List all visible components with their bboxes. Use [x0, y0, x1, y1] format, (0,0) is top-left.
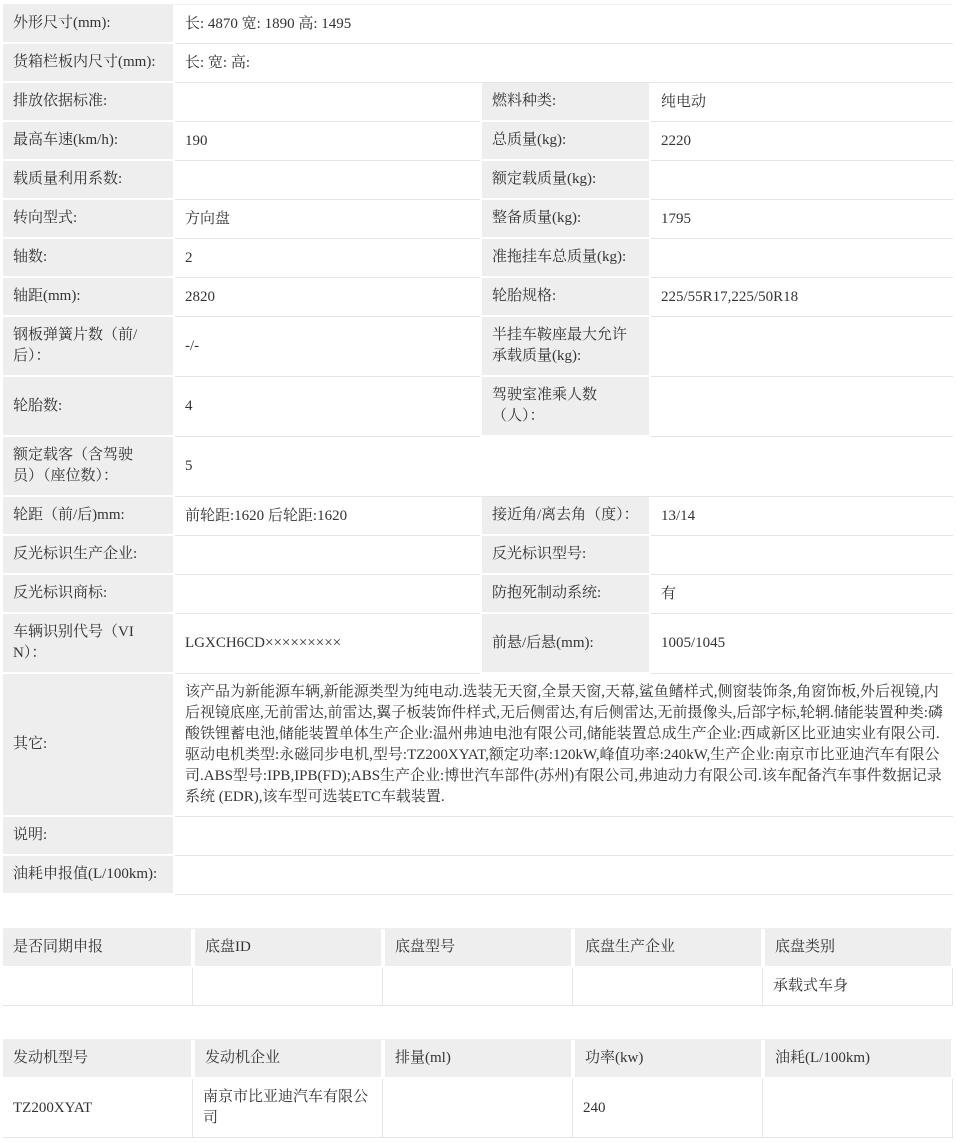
- table-cell: [383, 1079, 573, 1138]
- field-value: 4: [175, 377, 480, 437]
- table-cell: 南京市比亚迪汽车有限公司: [193, 1079, 383, 1138]
- field-value: 有: [651, 575, 953, 614]
- field-label: 轮距（前/后)mm:: [3, 497, 175, 536]
- column-header: 发动机型号: [3, 1040, 193, 1079]
- column-header: 底盘生产企业: [573, 929, 763, 968]
- field-label: 轴数:: [3, 239, 175, 278]
- spec-row: 额定载客（含驾驶员）（座位数）： 5: [3, 437, 953, 497]
- field-value: 2820: [175, 278, 480, 317]
- field-label: 半挂车鞍座最大允许承载质量(kg):: [480, 317, 651, 377]
- field-label: 其它:: [3, 674, 175, 817]
- engine-data-row: TZ200XYAT 南京市比亚迪汽车有限公司 240: [3, 1079, 953, 1138]
- field-value: [175, 575, 480, 614]
- field-value: 2220: [651, 122, 953, 161]
- field-value: 5: [175, 437, 953, 497]
- spec-row: 转向型式: 方向盘 整备质量(kg): 1795: [3, 200, 953, 239]
- spec-row: 排放依据标准: 燃料种类: 纯电动: [3, 83, 953, 122]
- field-label: 车辆识别代号（VIN）：: [3, 614, 175, 674]
- field-value: [175, 536, 480, 575]
- spec-row: 最高车速(km/h): 190 总质量(kg): 2220: [3, 122, 953, 161]
- column-header: 底盘类别: [763, 929, 953, 968]
- spec-row: 反光标识生产企业: 反光标识型号:: [3, 536, 953, 575]
- field-value: [651, 317, 953, 377]
- field-label: 额定载质量(kg):: [480, 161, 651, 200]
- table-cell: [383, 968, 573, 1006]
- field-label: 反光标识生产企业:: [3, 536, 175, 575]
- field-value: 长: 宽: 高:: [175, 44, 953, 83]
- field-value: [651, 239, 953, 278]
- field-value: [175, 161, 480, 200]
- field-value: 前轮距:1620 后轮距:1620: [175, 497, 480, 536]
- spec-row: 油耗申报值(L/100km):: [3, 856, 953, 895]
- vehicle-spec-table: 外形尺寸(mm): 长: 4870 宽: 1890 高: 1495 货箱栏板内尺…: [3, 4, 953, 895]
- field-value: 纯电动: [651, 83, 953, 122]
- field-label: 说明:: [3, 817, 175, 856]
- field-label: 燃料种类:: [480, 83, 651, 122]
- spec-row: 反光标识商标: 防抱死制动系统: 有: [3, 575, 953, 614]
- spec-row: 载质量利用系数: 额定载质量(kg):: [3, 161, 953, 200]
- field-label: 防抱死制动系统:: [480, 575, 651, 614]
- field-value: [651, 161, 953, 200]
- field-label: 额定载客（含驾驶员）（座位数）：: [3, 437, 175, 497]
- field-label: 轴距(mm):: [3, 278, 175, 317]
- spec-row: 说明:: [3, 817, 953, 856]
- table-cell: 承载式车身: [763, 968, 953, 1006]
- chassis-header-row: 是否同期申报 底盘ID 底盘型号 底盘生产企业 底盘类别: [3, 929, 953, 968]
- column-header: 发动机企业: [193, 1040, 383, 1079]
- field-label: 钢板弹簧片数（前/后）：: [3, 317, 175, 377]
- field-label: 前悬/后悬(mm):: [480, 614, 651, 674]
- table-cell: 240: [573, 1079, 763, 1138]
- field-label: 轮胎数:: [3, 377, 175, 437]
- field-value: [175, 83, 480, 122]
- field-label: 驾驶室准乘人数（人）：: [480, 377, 651, 437]
- column-header: 油耗(L/100km): [763, 1040, 953, 1079]
- field-label: 总质量(kg):: [480, 122, 651, 161]
- spec-row: 外形尺寸(mm): 长: 4870 宽: 1890 高: 1495: [3, 5, 953, 44]
- spec-row-other: 其它: 该产品为新能源车辆,新能源类型为纯电动.选装无天窗,全景天窗,天幕,鲨鱼…: [3, 674, 953, 817]
- spec-row: 轴数: 2 准拖挂车总质量(kg):: [3, 239, 953, 278]
- spec-row: 货箱栏板内尺寸(mm): 长: 宽: 高:: [3, 44, 953, 83]
- column-header: 功率(kw): [573, 1040, 763, 1079]
- field-value: [175, 817, 953, 856]
- field-label: 整备质量(kg):: [480, 200, 651, 239]
- spec-row: 轴距(mm): 2820 轮胎规格: 225/55R17,225/50R18: [3, 278, 953, 317]
- spec-row: 轮距（前/后)mm: 前轮距:1620 后轮距:1620 接近角/离去角（度）：…: [3, 497, 953, 536]
- field-value: [651, 377, 953, 437]
- engine-table: 发动机型号 发动机企业 排量(ml) 功率(kw) 油耗(L/100km) TZ…: [3, 1039, 953, 1138]
- field-value: 1795: [651, 200, 953, 239]
- field-value: 方向盘: [175, 200, 480, 239]
- field-value: [175, 856, 953, 895]
- field-value: 长: 4870 宽: 1890 高: 1495: [175, 5, 953, 44]
- field-label: 轮胎规格:: [480, 278, 651, 317]
- field-value: 190: [175, 122, 480, 161]
- field-value: [651, 536, 953, 575]
- field-value: 225/55R17,225/50R18: [651, 278, 953, 317]
- column-header: 底盘型号: [383, 929, 573, 968]
- table-cell: [3, 968, 193, 1006]
- field-value: 1005/1045: [651, 614, 953, 674]
- field-label: 货箱栏板内尺寸(mm):: [3, 44, 175, 83]
- field-value: 2: [175, 239, 480, 278]
- engine-header-row: 发动机型号 发动机企业 排量(ml) 功率(kw) 油耗(L/100km): [3, 1040, 953, 1079]
- field-value-other-description: 该产品为新能源车辆,新能源类型为纯电动.选装无天窗,全景天窗,天幕,鲨鱼鳍样式,…: [175, 674, 953, 817]
- field-value: -/-: [175, 317, 480, 377]
- field-label: 反光标识商标:: [3, 575, 175, 614]
- field-label: 外形尺寸(mm):: [3, 5, 175, 44]
- field-label: 准拖挂车总质量(kg):: [480, 239, 651, 278]
- spec-row: 钢板弹簧片数（前/后）： -/- 半挂车鞍座最大允许承载质量(kg):: [3, 317, 953, 377]
- spec-row: 轮胎数: 4 驾驶室准乘人数（人）：: [3, 377, 953, 437]
- field-label: 油耗申报值(L/100km):: [3, 856, 175, 895]
- column-header: 排量(ml): [383, 1040, 573, 1079]
- field-label: 载质量利用系数:: [3, 161, 175, 200]
- field-label: 排放依据标准:: [3, 83, 175, 122]
- field-label: 接近角/离去角（度）：: [480, 497, 651, 536]
- chassis-data-row: 承载式车身: [3, 968, 953, 1006]
- column-header: 是否同期申报: [3, 929, 193, 968]
- table-cell: [573, 968, 763, 1006]
- field-label: 最高车速(km/h):: [3, 122, 175, 161]
- field-label: 转向型式:: [3, 200, 175, 239]
- table-cell: TZ200XYAT: [3, 1079, 193, 1138]
- table-cell: [193, 968, 383, 1006]
- table-cell: [763, 1079, 953, 1138]
- field-label: 反光标识型号:: [480, 536, 651, 575]
- chassis-table: 是否同期申报 底盘ID 底盘型号 底盘生产企业 底盘类别 承载式车身: [3, 928, 953, 1006]
- column-header: 底盘ID: [193, 929, 383, 968]
- field-value: LGXCH6CD×××××××××: [175, 614, 480, 674]
- spec-row: 车辆识别代号（VIN）： LGXCH6CD××××××××× 前悬/后悬(mm)…: [3, 614, 953, 674]
- field-value: 13/14: [651, 497, 953, 536]
